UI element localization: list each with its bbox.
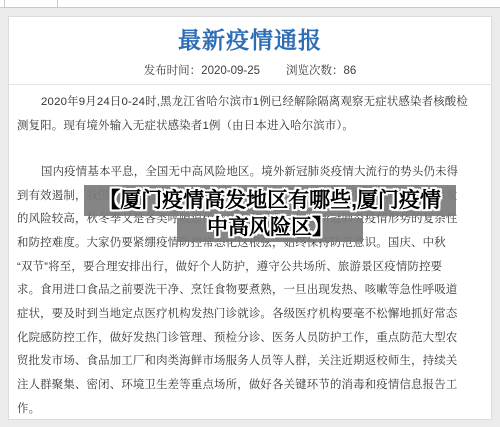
body-line: 化院感防控工作，做好发热门诊管理、预检分诊、医务人员防护工作，重点防范大型农 [17,327,469,351]
article-meta: 发布时间：2020-09-25浏览次数：86 [9,62,491,78]
body-line: 求。食用进口食品之前要洗干净、烹饪食物要煮熟，一旦出现发热、咳嗽等急性呼吸道 [17,279,469,303]
body-line: 贸批发市场、食品加工厂和肉类海鲜市场服务人员等人群，关注近期返校师生，持续关 [17,350,469,374]
table-fragment-divider [57,0,58,8]
body-line: “双节”将至，要合理安排出行，做好个人防护，遵守公共场所、旅游景区疫情防控要 [17,256,469,280]
watermark-overlay: 【厦门疫情高发地区有哪些,厦门疫情 中高风险区】 [84,185,456,242]
article-card: 最新疫情通报 发布时间：2020-09-25浏览次数：86 2020年9月24日… [8,16,492,420]
table-fragment-divider [4,0,5,8]
article-body: 2020年9月24日0-24时,黑龙江省哈尔滨市1例已经解除隔离观察无症状感染者… [17,91,469,421]
page-background: 最新疫情通报 发布时间：2020-09-25浏览次数：86 2020年9月24日… [0,0,500,427]
overlay-title-line-1: 【厦门疫情高发地区有哪些,厦门疫情 [84,185,456,216]
header-divider [9,84,491,85]
overlay-title-text: 【厦门疫情高发地区有哪些,厦门疫情 [99,189,441,212]
top-table-fragment [0,0,500,8]
body-line: 国内疫情基本平息，全国无中高风险地区。境外新冠肺炎疫情大流行的势头仍未得 [17,161,469,185]
body-line: 注人群聚集、密闭、环境卫生差等重点场所，做好各关键环节的消毒和疫情信息报告工 [17,374,469,398]
page-title: 最新疫情通报 [9,22,491,55]
body-line: 作。 [17,398,469,422]
body-line: 测复阳。现有境外输入无症状感染者1例（由日本进入哈尔滨市）。 [17,115,469,139]
overlay-title-text: 中高风险区】 [207,216,333,239]
overlay-title-line-2: 中高风险区】 [177,218,363,242]
view-count: 浏览次数：86 [286,62,356,78]
body-line: 症状，要及时到当地定点医疗机构发热门诊就诊。各级医疗机构要毫不松懈地抓好常态 [17,303,469,327]
body-line: 2020年9月24日0-24时,黑龙江省哈尔滨市1例已经解除隔离观察无症状感染者… [17,91,469,115]
paragraph-1: 2020年9月24日0-24时,黑龙江省哈尔滨市1例已经解除隔离观察无症状感染者… [17,91,469,138]
publish-date: 发布时间：2020-09-25 [144,62,260,78]
